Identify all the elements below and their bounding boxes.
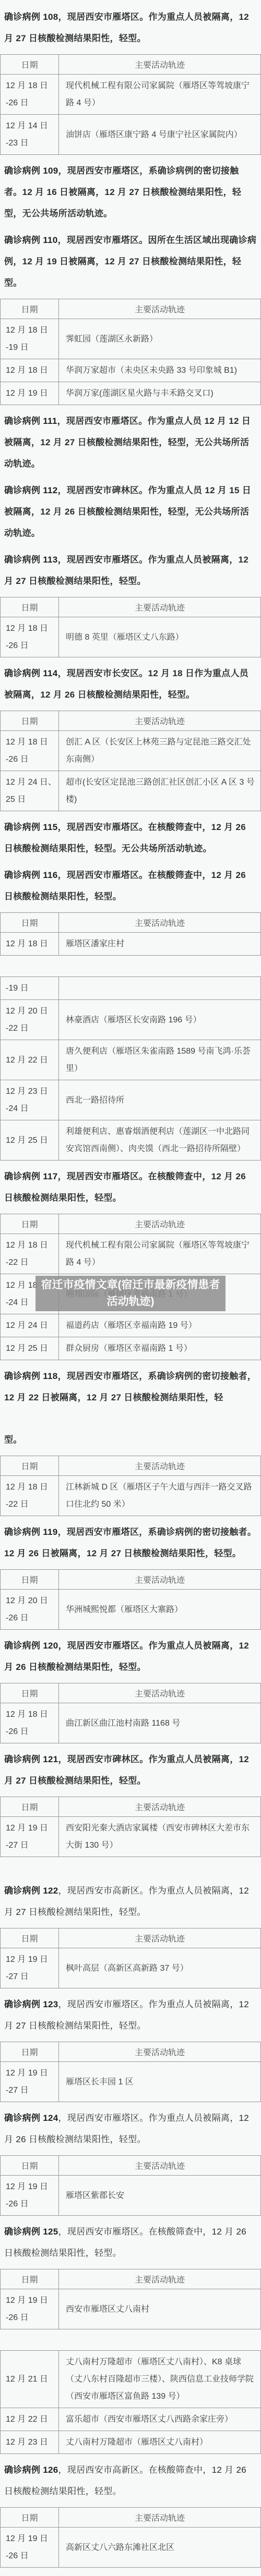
trajectory-cell: 林豪酒店（雁塔区长安南路 196 号）	[59, 1000, 261, 1040]
trajectory-cell	[59, 977, 261, 1000]
table-row: 12 月 25 日群众厨房（雁塔区幸福南路 1 号）	[1, 1337, 261, 1360]
table-row: 12 月 23 日 -24 日西北一路招待所	[1, 1080, 261, 1120]
trajectory-cell: 油饼店（雁塔区康宁路 4 号康宁社区家属院内）	[59, 115, 261, 155]
activity-table: 日期主要活动轨迹12 月 18 日 -26 日创汇 A 区（长安区上林苑三路与定…	[0, 711, 261, 811]
activity-table: 日期主要活动轨迹12 月 18 日 -19 日霁虹园（莲湖区永新路）12 月 1…	[0, 299, 261, 405]
trajectory-cell: 雁塔区紫郡长安	[59, 2176, 261, 2216]
case-block: 确诊病例 120，现居西安市雁塔区。作为重点人员被隔离，12 月 26 日核酸检…	[0, 1635, 261, 1743]
case-block: 确诊病例 117，现居西安市雁塔区。在核酸筛查中，12 月 26 日核酸检测结果…	[0, 1166, 261, 1360]
case-block: 确诊病例 111，现居西安市雁塔区。作为重点人员 12 月 12 日被隔离，12…	[0, 410, 261, 474]
table-row: 12 月 18 日 -26 日现代机械工程有限公司家属院（雁塔区等驾坡康宁路 4…	[1, 75, 261, 115]
col-header-date: 日期	[1, 1928, 59, 1948]
case-number: 确诊病例 114	[4, 668, 58, 678]
activity-table: 日期主要活动轨迹12 月 18 日雁塔区潘家庄村	[0, 912, 261, 956]
table-row: 12 月 18 日 -22 日现代机械工程有限公司家属院（雁塔区等驾坡康宁路 4…	[1, 1234, 261, 1274]
col-header-date: 日期	[1, 2042, 59, 2062]
case-number: 确诊病例 123	[4, 1999, 58, 2009]
date-cell: 12 月 22 日	[1, 1040, 59, 1080]
case-number: 确诊病例 125	[4, 2227, 58, 2237]
case-number: 确诊病例 121	[4, 1754, 58, 1764]
trajectory-cell: 西安阳光秦大酒店家属楼（西安市碑林区大差市东大街 130 号）	[59, 1817, 261, 1857]
trajectory-cell: 曲江新区曲江池村南路 1168 号	[59, 1703, 261, 1743]
trajectory-cell: 枫叶高层（高新区高新路 37 号）	[59, 1948, 261, 1988]
col-header-trajectory: 主要活动轨迹	[59, 1570, 261, 1590]
col-header-date: 日期	[1, 597, 59, 617]
table-header-row: 日期主要活动轨迹	[1, 1928, 261, 1948]
table-row: 12 月 18 日华润万家超市（未央区未央路 33 号印象城 B1)	[1, 359, 261, 382]
date-cell: 12 月 19 日 -26 日	[1, 2528, 59, 2568]
trajectory-cell: 雁塔区潘家庄村	[59, 933, 261, 956]
table-row: 12 月 19 日 -26 日雁塔区紫郡长安	[1, 2176, 261, 2216]
trajectory-cell: 利雄便利店、惠睿烟酒便利店（莲湖区一中北路同安宾馆西南侧）、肉夹馍（西北一路招待…	[59, 1120, 261, 1161]
case-number: 确诊病例 124	[4, 2113, 58, 2123]
col-header-trajectory: 主要活动轨迹	[59, 2156, 261, 2176]
trajectory-cell: 明德 8 英里（雁塔区丈八东路）	[59, 617, 261, 657]
date-cell: 12 月 23 日 -24 日	[1, 1080, 59, 1120]
table-row: 12 月 18 日 -26 日曲江新区曲江池村南路 1168 号	[1, 1703, 261, 1743]
case-intro-continued: 型。	[4, 1429, 257, 1450]
date-cell: 12 月 25 日	[1, 1337, 59, 1360]
activity-table: 日期主要活动轨迹12 月 19 日 -27 日枫叶高层（高新区高新路 37 号）	[0, 1928, 261, 1988]
table-header-row: 日期主要活动轨迹	[1, 913, 261, 933]
col-header-trajectory: 主要活动轨迹	[59, 1683, 261, 1703]
col-header-trajectory: 主要活动轨迹	[59, 1797, 261, 1817]
stitch-gap	[0, 961, 261, 973]
table-header-row: 日期主要活动轨迹	[1, 2508, 261, 2528]
date-cell: 12 月 18 日 -26 日	[1, 731, 59, 771]
case-block: 确诊病例 121，现居西安市碑林区。作为重点人员被隔离，12 月 27 日核酸检…	[0, 1749, 261, 1857]
date-cell: 12 月 19 日 -27 日	[1, 2062, 59, 2102]
table-row: 12 月 19 日 -26 日高新区丈八六路东滩社区北区	[1, 2528, 261, 2568]
case-intro: 确诊病例 124，现居西安市雁塔区。作为重点人员被隔离，12 月 26 日核酸检…	[4, 2107, 257, 2150]
table-row: 12 月 19 日 -26 日西安市雁塔区丈八南村	[1, 2289, 261, 2329]
table-header-row: 日期主要活动轨迹	[1, 711, 261, 731]
case-intro: 确诊病例 125，现居西安市雁塔区。在核酸筛查中，12 月 26 日核酸检测结果…	[4, 2221, 257, 2264]
col-header-date: 日期	[1, 913, 59, 933]
date-cell: 12 月 18 日 -26 日	[1, 617, 59, 657]
table-header-row: 日期主要活动轨迹	[1, 2156, 261, 2176]
case-intro: 确诊病例 121，现居西安市碑林区。作为重点人员被隔离，12 月 27 日核酸检…	[4, 1749, 257, 1791]
table-row: 12 月 18 日雁塔区潘家庄村	[1, 933, 261, 956]
activity-table: 日期主要活动轨迹12 月 18 日 -26 日曲江新区曲江池村南路 1168 号	[0, 1683, 261, 1743]
case-intro: 确诊病例 122，现居西安市高新区。作为重点人员被隔离，12 月 27 日核酸检…	[4, 1880, 257, 1923]
date-cell: 12 月 18 日 -26 日	[1, 1703, 59, 1743]
trajectory-cell: 西安市雁塔区丈八南村	[59, 2289, 261, 2329]
trajectory-cell: 现代机械工程有限公司家属院（雁塔区等驾坡康宁路 4 号）	[59, 75, 261, 115]
table-header-row: 日期主要活动轨迹	[1, 2042, 261, 2062]
trajectory-cell: 华润万家(莲湖区星火路与丰禾路交叉口)	[59, 382, 261, 405]
case-block: 确诊病例 115，现居西安市雁塔区。在核酸筛查中，12 月 26 日核酸检测结果…	[0, 816, 261, 859]
col-header-trajectory: 主要活动轨迹	[59, 1928, 261, 1948]
date-cell: 12 月 18 日	[1, 359, 59, 382]
case-block: 确诊病例 118，现居西安市雁塔区，系确诊病例的密切接触者，12 月 22 日被…	[0, 1365, 261, 1516]
date-cell: 12 月 20 日 -22 日	[1, 1000, 59, 1040]
table-row: 12 月 20 日 -26 日华洲城熙悦都（雁塔区大寨路）	[1, 1590, 261, 1630]
col-header-date: 日期	[1, 1456, 59, 1476]
col-header-trajectory: 主要活动轨迹	[59, 2042, 261, 2062]
table-header-row: 日期主要活动轨迹	[1, 55, 261, 75]
col-header-date: 日期	[1, 2269, 59, 2289]
date-cell: 12 月 18 日 -19 日	[1, 319, 59, 359]
article-page: 确诊病例 108，现居西安市雁塔区。作为重点人员被隔离，12 月 27 日核酸检…	[0, 0, 261, 2576]
col-header-trajectory: 主要活动轨迹	[59, 55, 261, 75]
case-number: 确诊病例 118	[4, 1371, 58, 1381]
table-row: 12 月 18 日 -26 日创汇 A 区（长安区上林苑三路与定昆池三路交汇处东…	[1, 731, 261, 771]
date-cell: -19 日	[1, 977, 59, 1000]
date-cell: 12 月 19 日 -26 日	[1, 2176, 59, 2216]
col-header-date: 日期	[1, 2508, 59, 2528]
case-number: 确诊病例 126	[4, 2465, 58, 2475]
col-header-date: 日期	[1, 711, 59, 731]
table-row: -19 日	[1, 977, 261, 1000]
trajectory-cell: 创汇 A 区（长安区上林苑三路与定昆池三路交汇处东南侧）	[59, 731, 261, 771]
table-row: 12 月 19 日华润万家(莲湖区星火路与丰禾路交叉口)	[1, 382, 261, 405]
activity-table: 日期主要活动轨迹12 月 18 日 -22 日江林新城 D 区（雁塔区子午大道与…	[0, 1456, 261, 1516]
table-header-row: 日期主要活动轨迹	[1, 1683, 261, 1703]
date-cell: 12 月 24 日	[1, 1314, 59, 1337]
table-row: 12 月 18 日 -22 日江林新城 D 区（雁塔区子午大道与西沣一路交叉路口…	[1, 1476, 261, 1516]
case-number: 确诊病例 117	[4, 1171, 58, 1181]
table-row: 12 月 24 日、 25 日超市(长安区定昆池三路创汇社区创汇小区 A 区 3…	[1, 771, 261, 811]
case-block: 确诊病例 114，现居西安市长安区。12 月 18 日作为重点人员被隔离，12 …	[0, 663, 261, 811]
table-row: 12 月 14 日 -23 日油饼店（雁塔区康宁路 4 号康宁社区家属院内）	[1, 115, 261, 155]
col-header-date: 日期	[1, 1214, 59, 1234]
table-row: 12 月 22 日富乐超市（西安市雁塔区丈八西路余家庄旁）	[1, 2408, 261, 2431]
table-row: 12 月 18 日 -19 日霁虹园（莲湖区永新路）	[1, 319, 261, 359]
case-intro: 确诊病例 126，现居西安市高新区。在核酸筛查中，12 月 26 日核酸检测结果…	[4, 2459, 257, 2502]
trajectory-cell: 富乐超市（西安市雁塔区丈八西路余家庄旁）	[59, 2408, 261, 2431]
date-cell: 12 月 19 日	[1, 382, 59, 405]
case-block: 确诊病例 123，现居西安市雁塔区。作为重点人员被隔离，12 月 27 日核酸检…	[0, 1994, 261, 2102]
col-header-date: 日期	[1, 1683, 59, 1703]
table-row: 12 月 19 日 -27 日枫叶高层（高新区高新路 37 号）	[1, 1948, 261, 1988]
table-header-row: 日期主要活动轨迹	[1, 1797, 261, 1817]
date-cell: 12 月 25 日	[1, 1120, 59, 1161]
case-number: 确诊病例 108	[4, 12, 58, 22]
case-number: 确诊病例 112	[4, 485, 58, 495]
trajectory-cell: 雁塔区长丰园 1 区	[59, 2062, 261, 2102]
date-cell: 12 月 19 日 -26 日	[1, 2289, 59, 2329]
case-intro: 确诊病例 110，现居西安市雁塔区。因所在生活区域出现确诊病例，12 月 19 …	[4, 229, 257, 294]
col-header-date: 日期	[1, 55, 59, 75]
activity-table: 日期主要活动轨迹12 月 19 日 -26 日高新区丈八六路东滩社区北区	[0, 2507, 261, 2568]
table-header-row: 日期主要活动轨迹	[1, 597, 261, 617]
col-header-trajectory: 主要活动轨迹	[59, 597, 261, 617]
case-intro: 确诊病例 111，现居西安市雁塔区。作为重点人员 12 月 12 日被隔离，12…	[4, 410, 257, 474]
activity-table: -19 日12 月 20 日 -22 日林豪酒店（雁塔区长安南路 196 号）1…	[0, 976, 261, 1161]
table-header-row: 日期主要活动轨迹	[1, 1570, 261, 1590]
col-header-trajectory: 主要活动轨迹	[59, 1456, 261, 1476]
trajectory-cell: 唐久便利店（雁塔区朱雀南路 1589 号南飞鸿·乐荟里）	[59, 1040, 261, 1080]
case-number: 确诊病例 111	[4, 416, 57, 426]
trajectory-cell: 超市(长安区定昆池三路创汇社区创汇小区 A 区 3 号楼)	[59, 771, 261, 811]
case-block: 确诊病例 125，现居西安市雁塔区。在核酸筛查中，12 月 26 日核酸检测结果…	[0, 2221, 261, 2454]
col-header-date: 日期	[1, 1570, 59, 1590]
case-intro: 确诊病例 112，现居西安市碑林区。作为重点人员 12 月 15 日被隔离，12…	[4, 480, 257, 544]
table-row: 12 月 22 日唐久便利店（雁塔区朱雀南路 1589 号南飞鸿·乐荟里）	[1, 1040, 261, 1080]
activity-table: 日期主要活动轨迹12 月 19 日 -26 日西安市雁塔区丈八南村	[0, 2269, 261, 2329]
table-row: 12 月 24 日福道药店（雁塔区幸福南路 19 号）	[1, 1314, 261, 1337]
trajectory-cell: 西北一路招待所	[59, 1080, 261, 1120]
table-header-row: 日期主要活动轨迹	[1, 2269, 261, 2289]
case-intro: 确诊病例 120，现居西安市雁塔区。作为重点人员被隔离，12 月 26 日核酸检…	[4, 1635, 257, 1678]
col-header-trajectory: 主要活动轨迹	[59, 2508, 261, 2528]
case-number: 确诊病例 119	[4, 1527, 58, 1537]
trajectory-cell: 高新区丈八六路东滩社区北区	[59, 2528, 261, 2568]
case-block: 确诊病例 124，现居西安市雁塔区。作为重点人员被隔离，12 月 26 日核酸检…	[0, 2107, 261, 2216]
activity-table: 日期主要活动轨迹12 月 19 日 -27 日雁塔区长丰园 1 区	[0, 2042, 261, 2102]
case-block: 确诊病例 119，现居西安市雁塔区，系确诊病例的密切接触者。12 月 26 日被…	[0, 1521, 261, 1630]
date-cell: 12 月 22 日	[1, 2408, 59, 2431]
date-cell: 12 月 18 日 -22 日	[1, 1234, 59, 1274]
case-intro: 确诊病例 123，现居西安市雁塔区。作为重点人员被隔离，12 月 27 日核酸检…	[4, 1994, 257, 2036]
case-block: 确诊病例 108，现居西安市雁塔区。作为重点人员被隔离，12 月 27 日核酸检…	[0, 6, 261, 155]
case-intro: 确诊病例 117，现居西安市雁塔区。在核酸筛查中，12 月 26 日核酸检测结果…	[4, 1166, 257, 1208]
date-cell: 12 月 19 日 -27 日	[1, 1817, 59, 1857]
col-header-date: 日期	[1, 1797, 59, 1817]
activity-table: 日期主要活动轨迹12 月 19 日 -27 日西安阳光秦大酒店家属楼（西安市碑林…	[0, 1797, 261, 1857]
case-number: 确诊病例 109	[4, 166, 58, 176]
col-header-trajectory: 主要活动轨迹	[59, 1214, 261, 1234]
watermark-overlay: 宿迁市疫情文章(宿迁市最新疫情患者活动轨迹)	[35, 1276, 226, 1311]
case-block: 确诊病例 113，现居西安市雁塔区。作为重点人员被隔离，12 月 27 日核酸检…	[0, 549, 261, 657]
case-number: 确诊病例 120	[4, 1641, 58, 1651]
case-intro: 确诊病例 114，现居西安市长安区。12 月 18 日作为重点人员被隔离，12 …	[4, 663, 257, 705]
case-block: 确诊病例 109，现居西安市雁塔区，系确诊病例的密切接触者。12 月 16 日被…	[0, 160, 261, 224]
table-row: 12 月 19 日 -27 日西安阳光秦大酒店家属楼（西安市碑林区大差市东大街 …	[1, 1817, 261, 1857]
table-row: 12 月 18 日 -26 日明德 8 英里（雁塔区丈八东路）	[1, 617, 261, 657]
case-number: 确诊病例 110	[4, 235, 58, 245]
date-cell: 12 月 18 日 -22 日	[1, 1476, 59, 1516]
table-row: 12 月 20 日 -22 日林豪酒店（雁塔区长安南路 196 号）	[1, 1000, 261, 1040]
date-cell: 12 月 19 日 -27 日	[1, 1948, 59, 1988]
trajectory-cell: 华润万家超市（未央区未央路 33 号印象城 B1)	[59, 359, 261, 382]
table-row: 12 月 19 日 -27 日雁塔区长丰园 1 区	[1, 2062, 261, 2102]
trajectory-cell: 福道药店（雁塔区幸福南路 19 号）	[59, 1314, 261, 1337]
col-header-trajectory: 主要活动轨迹	[59, 711, 261, 731]
activity-table: 日期主要活动轨迹12 月 18 日 -26 日现代机械工程有限公司家属院（雁塔区…	[0, 54, 261, 155]
activity-table: 日期主要活动轨迹12 月 20 日 -26 日华洲城熙悦都（雁塔区大寨路）	[0, 1569, 261, 1630]
table-header-row: 日期主要活动轨迹	[1, 1456, 261, 1476]
activity-table: 日期主要活动轨迹12 月 19 日 -26 日雁塔区紫郡长安	[0, 2155, 261, 2216]
case-intro: 确诊病例 115，现居西安市雁塔区。在核酸筛查中，12 月 26 日核酸检测结果…	[4, 816, 257, 859]
trajectory-cell: 霁虹园（莲湖区永新路）	[59, 319, 261, 359]
stitch-gap	[0, 1413, 261, 1426]
case-intro: 确诊病例 116，现居西安市雁塔区。在核酸筛查中，12 月 26 日核酸检测结果…	[4, 864, 257, 907]
table-row: 12 月 21 日丈八南村万隆超市（雁塔区丈八南村）、K8 桌球（丈八东村百隆超…	[1, 2351, 261, 2408]
case-number: 确诊病例 122	[4, 1886, 58, 1896]
stitch-gap	[0, 2335, 261, 2347]
date-cell: 12 月 20 日 -26 日	[1, 1590, 59, 1630]
case-intro: 确诊病例 119，现居西安市雁塔区，系确诊病例的密切接触者。12 月 26 日被…	[4, 1521, 257, 1564]
date-cell: 12 月 14 日 -23 日	[1, 115, 59, 155]
col-header-trajectory: 主要活动轨迹	[59, 913, 261, 933]
date-cell: 12 月 24 日、 25 日	[1, 771, 59, 811]
case-block: 确诊病例 126，现居西安市高新区。在核酸筛查中，12 月 26 日核酸检测结果…	[0, 2459, 261, 2568]
activity-table: 12 月 21 日丈八南村万隆超市（雁塔区丈八南村）、K8 桌球（丈八东村百隆超…	[0, 2350, 261, 2454]
col-header-date: 日期	[1, 2156, 59, 2176]
trajectory-cell: 群众厨房（雁塔区幸福南路 1 号）	[59, 1337, 261, 1360]
table-header-row: 日期主要活动轨迹	[1, 299, 261, 319]
trajectory-cell: 现代机械工程有限公司家属院（雁塔区等驾坡康宁路 4 号）	[59, 1234, 261, 1274]
date-cell: 12 月 18 日	[1, 933, 59, 956]
case-block: 确诊病例 116，现居西安市雁塔区。在核酸筛查中，12 月 26 日核酸检测结果…	[0, 864, 261, 1161]
case-intro: 确诊病例 108，现居西安市雁塔区。作为重点人员被隔离，12 月 27 日核酸检…	[4, 6, 257, 49]
case-block: 确诊病例 110，现居西安市雁塔区。因所在生活区域出现确诊病例，12 月 19 …	[0, 229, 261, 405]
case-number: 确诊病例 113	[4, 555, 58, 565]
col-header-trajectory: 主要活动轨迹	[59, 2269, 261, 2289]
section-gap	[0, 1862, 261, 1875]
date-cell: 12 月 23 日	[1, 2431, 59, 2454]
case-intro: 确诊病例 113，现居西安市雁塔区。作为重点人员被隔离，12 月 27 日核酸检…	[4, 549, 257, 592]
trajectory-cell: 华洲城熙悦都（雁塔区大寨路）	[59, 1590, 261, 1630]
case-block: 确诊病例 112，现居西安市碑林区。作为重点人员 12 月 15 日被隔离，12…	[0, 480, 261, 544]
date-cell: 12 月 21 日	[1, 2351, 59, 2408]
case-intro: 确诊病例 118，现居西安市雁塔区，系确诊病例的密切接触者，12 月 22 日被…	[4, 1365, 257, 1408]
date-cell: 12 月 18 日 -26 日	[1, 75, 59, 115]
case-block: 确诊病例 122，现居西安市高新区。作为重点人员被隔离，12 月 27 日核酸检…	[0, 1862, 261, 1988]
case-number: 确诊病例 115	[4, 822, 58, 832]
col-header-date: 日期	[1, 299, 59, 319]
trajectory-cell: 丈八南村万隆超市（雁塔区丈八南村）	[59, 2431, 261, 2454]
trajectory-cell: 江林新城 D 区（雁塔区子午大道与西沣一路交叉路口往北约 50 米）	[59, 1476, 261, 1516]
trajectory-cell: 丈八南村万隆超市（雁塔区丈八南村）、K8 桌球（丈八东村百隆超市三楼）、陕西信息…	[59, 2351, 261, 2408]
table-header-row: 日期主要活动轨迹	[1, 1214, 261, 1234]
table-row: 12 月 23 日丈八南村万隆超市（雁塔区丈八南村）	[1, 2431, 261, 2454]
case-intro: 确诊病例 109，现居西安市雁塔区，系确诊病例的密切接触者。12 月 16 日被…	[4, 160, 257, 224]
activity-table: 日期主要活动轨迹12 月 18 日 -26 日明德 8 英里（雁塔区丈八东路）	[0, 597, 261, 657]
table-row: 12 月 25 日利雄便利店、惠睿烟酒便利店（莲湖区一中北路同安宾馆西南侧）、肉…	[1, 1120, 261, 1161]
col-header-trajectory: 主要活动轨迹	[59, 299, 261, 319]
case-number: 确诊病例 116	[4, 870, 58, 880]
